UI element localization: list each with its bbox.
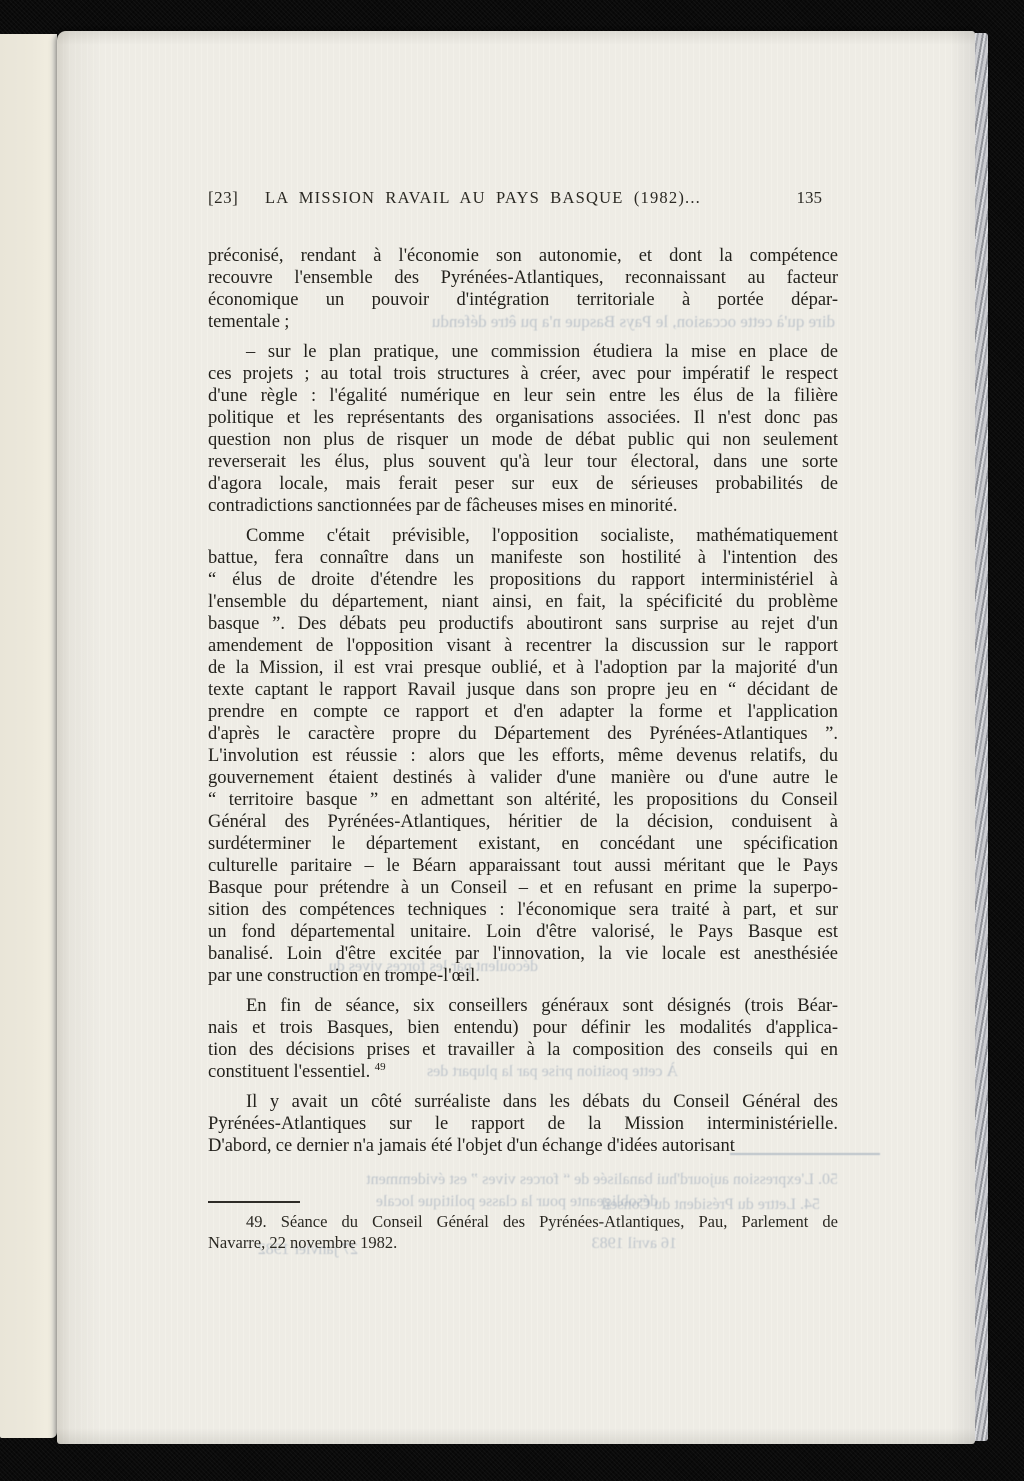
text-line: surdéterminer le département existant, e…	[208, 833, 838, 855]
facing-page-edge	[0, 34, 57, 1438]
text-line: gouvernement étaient destinés à valider …	[208, 767, 838, 789]
bleedthrough-text: 50. L'expression aujourd'hui banalisée d…	[208, 1170, 838, 1190]
paragraph: préconisé, rendant à l'économie son auto…	[208, 245, 838, 333]
text-line: de la Mission, il est vrai presque oubli…	[208, 657, 838, 679]
text-line: – sur le plan pratique, une commission é…	[208, 341, 838, 363]
header-running-title: LA MISSION RAVAIL AU PAYS BASQUE (1982).…	[168, 188, 798, 208]
text-line: sition des compétences techniques : l'éc…	[208, 899, 838, 921]
text-line: Il y avait un côté surréaliste dans les …	[208, 1091, 838, 1113]
header-page-number: 135	[797, 188, 823, 208]
footnote-separator	[208, 1201, 300, 1203]
text-line: En fin de séance, six conseillers généra…	[208, 995, 838, 1017]
paragraph: En fin de séance, six conseillers généra…	[208, 995, 838, 1083]
text-line: ces projets ; au total trois structures …	[208, 363, 838, 385]
text-line: contradictions sanctionnées par de fâche…	[208, 495, 838, 517]
text-line: reverserait les élus, plus souvent qu'à …	[208, 451, 838, 473]
paragraph: – sur le plan pratique, une commission é…	[208, 341, 838, 517]
text-line: Général des Pyrénées-Atlantiques, hériti…	[208, 811, 838, 833]
text-line: préconisé, rendant à l'économie son auto…	[208, 245, 838, 267]
page-header: [23] LA MISSION RAVAIL AU PAYS BASQUE (1…	[208, 188, 838, 212]
text-line: tementale ;	[208, 311, 838, 333]
text-line: D'abord, ce dernier n'a jamais été l'obj…	[208, 1135, 838, 1157]
text-line: 49. Séance du Conseil Général des Pyréné…	[208, 1211, 838, 1232]
body-text: préconisé, rendant à l'économie son auto…	[208, 245, 838, 1157]
text-line: battue, fera connaître dans un manifeste…	[208, 547, 838, 569]
text-line: texte captant le rapport Ravail jusque d…	[208, 679, 838, 701]
text-line: amendement de l'opposition visant à rece…	[208, 635, 838, 657]
paragraph: Comme c'était prévisible, l'opposition s…	[208, 525, 838, 987]
text-line: “ élus de droite d'étendre les propositi…	[208, 569, 838, 591]
text-line: question non plus de risquer un mode de …	[208, 429, 838, 451]
footnote-reference: 49	[375, 1061, 386, 1073]
text-line: L'involution est réussie : alors que les…	[208, 745, 838, 767]
text-line: Navarre, 22 novembre 1982.	[208, 1232, 838, 1253]
paragraph: Il y avait un côté surréaliste dans les …	[208, 1091, 838, 1157]
text-line: d'après le caractère propre du Départeme…	[208, 723, 838, 745]
text-line: recouvre l'ensemble des Pyrénées-Atlanti…	[208, 267, 838, 289]
text-line: l'ensemble du département, niant ainsi, …	[208, 591, 838, 613]
text-line: nais et trois Basques, bien entendu) pou…	[208, 1017, 838, 1039]
text-line: politique et les représentants des organ…	[208, 407, 838, 429]
text-line: par une construction en trompe-l'œil.	[208, 965, 838, 987]
text-line: Basque pour prétendre à un Conseil – et …	[208, 877, 838, 899]
text-line: prendre en compte ce rapport et d'en ada…	[208, 701, 838, 723]
scanner-background: { "page": { "header": { "bracket_number"…	[0, 0, 1024, 1481]
text-line: basque ”. Des débats peu productifs abou…	[208, 613, 838, 635]
text-line: Pyrénées-Atlantiques sur le rapport de l…	[208, 1113, 838, 1135]
text-line: culturelle paritaire – le Béarn apparais…	[208, 855, 838, 877]
page-stack-edge	[975, 33, 988, 1441]
text-line: banalisé. Loin d'être excitée par l'inno…	[208, 943, 838, 965]
text-line: Comme c'était prévisible, l'opposition s…	[208, 525, 838, 547]
footnote: 49. Séance du Conseil Général des Pyréné…	[208, 1211, 838, 1253]
text-line: un fond départemental unitaire. Loin d'ê…	[208, 921, 838, 943]
text-line: “ territoire basque ” en admettant son a…	[208, 789, 838, 811]
text-line: tion des décisions prises et travailler …	[208, 1039, 838, 1061]
book-page: [23] LA MISSION RAVAIL AU PAYS BASQUE (1…	[57, 31, 975, 1444]
text-line: constituent l'essentiel. 49	[208, 1061, 838, 1083]
text-line: d'une règle : l'égalité numérique en leu…	[208, 385, 838, 407]
text-line: économique un pouvoir d'intégration terr…	[208, 289, 838, 311]
text-line: d'agora locale, mais ferait peser sur eu…	[208, 473, 838, 495]
